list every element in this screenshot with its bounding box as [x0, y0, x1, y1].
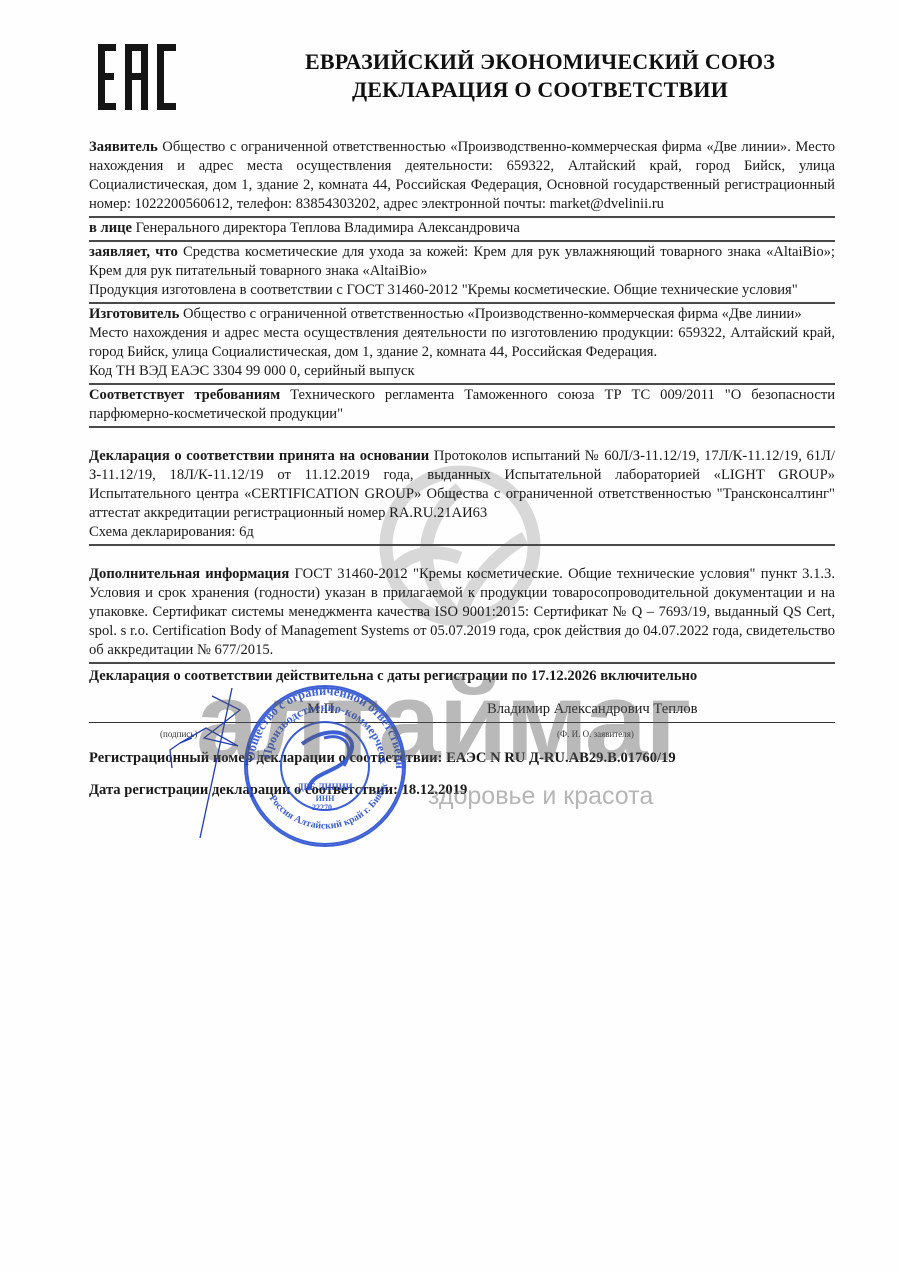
document-title: ЕВРАЗИЙСКИЙ ЭКОНОМИЧЕСКИЙ СОЮЗ ДЕКЛАРАЦИ… — [230, 48, 850, 104]
basis-section: Декларация о соответствии принята на осн… — [89, 446, 835, 546]
watermark-brand: алтаймаг — [196, 672, 690, 772]
represented-label: в лице — [89, 220, 132, 236]
represented-section: в лице Генерального директора Теплова Вл… — [89, 218, 835, 242]
conforms-label: Соответствует требованиям — [89, 387, 280, 403]
title-declaration: ДЕКЛАРАЦИЯ О СООТВЕТСТВИИ — [230, 76, 850, 104]
standard-text: Продукция изготовлена в соответствии с Г… — [89, 281, 835, 300]
eac-logo-icon — [96, 42, 178, 112]
basis-label: Декларация о соответствии принята на осн… — [89, 448, 429, 464]
declares-text: Средства косметические для ухода за коже… — [89, 244, 835, 279]
manufacturer-address: Место нахождения и адрес места осуществл… — [89, 324, 835, 362]
additional-label: Дополнительная информация — [89, 566, 289, 582]
declaration-scheme: Схема декларирования: 6д — [89, 523, 835, 542]
declares-section: заявляет, что Средства косметические для… — [89, 242, 835, 304]
stamp-inn-label: ИНН — [316, 794, 335, 803]
declares-label: заявляет, что — [89, 244, 178, 260]
applicant-label: Заявитель — [89, 139, 158, 155]
stamp-inn-value: 22270... — [312, 803, 338, 812]
declaration-page: ЕВРАЗИЙСКИЙ ЭКОНОМИЧЕСКИЙ СОЮЗ ДЕКЛАРАЦИ… — [0, 0, 900, 1272]
represented-text: Генерального директора Теплова Владимира… — [136, 220, 520, 236]
manufacturer-section: Изготовитель Общество с ограниченной отв… — [89, 304, 835, 385]
manufacturer-label: Изготовитель — [89, 306, 179, 322]
title-union: ЕВРАЗИЙСКИЙ ЭКОНОМИЧЕСКИЙ СОЮЗ — [230, 48, 850, 76]
manufacturer-code: Код ТН ВЭД ЕАЭС 3304 99 000 0, серийный … — [89, 362, 835, 381]
conforms-section: Соответствует требованиям Технического р… — [89, 385, 835, 428]
additional-info-section: Дополнительная информация ГОСТ 31460-201… — [89, 564, 835, 664]
manufacturer-text: Общество с ограниченной ответственностью… — [183, 306, 802, 322]
applicant-text: Общество с ограниченной ответственностью… — [89, 139, 835, 212]
applicant-section: Заявитель Общество с ограниченной ответс… — [89, 137, 835, 218]
watermark-tagline: здоровье и красота — [428, 782, 653, 811]
